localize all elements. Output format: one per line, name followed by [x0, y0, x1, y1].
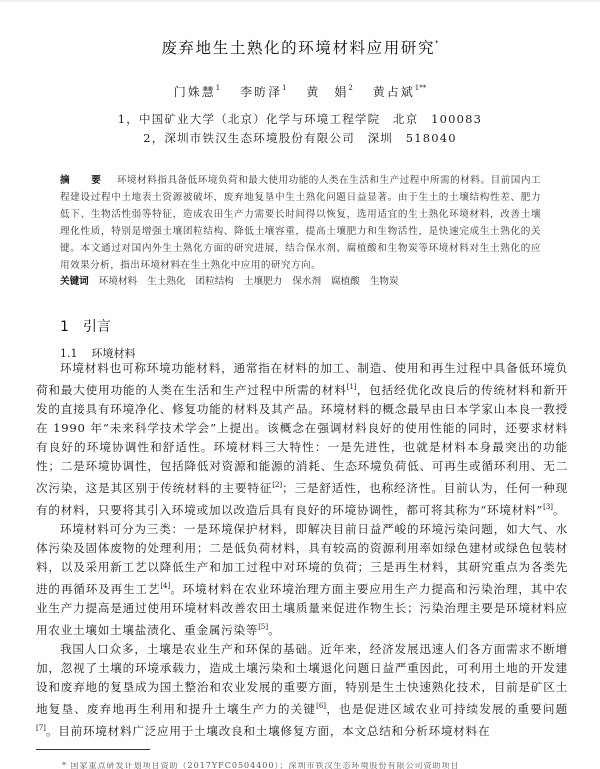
text-run: ，包括经优化改良后的传统材料和新开发的直接具有环境净化、修复功能的材料及其产品。… [36, 383, 568, 495]
text-run: ，也是促进区域农业可持续发展的重要问题 [326, 702, 568, 716]
author-affil-mark: 1** [415, 84, 426, 92]
keywords-label: 关键词 [60, 276, 89, 287]
abstract: 摘 要环境材料指具备低环境负荷和最大使用功能的人类在生活和生产过程中所需的材料。… [60, 172, 541, 274]
title-text: 废弃地生土熟化的环境材料应用研究 [161, 39, 435, 57]
keyword: 环境材料 [99, 276, 137, 287]
keyword: 土壤肥力 [244, 276, 282, 287]
citation[interactable]: [4] [160, 582, 170, 590]
body-text: 环境材料也可称环境功能材料，通常指在材料的加工、制造、使用和再生过程中具备低环境… [36, 359, 568, 741]
author-name: 黄 娟 [306, 85, 348, 99]
affiliation-1: 1，中国矿业大学（北京）化学与环境工程学院 北京 100083 [0, 111, 600, 127]
citation[interactable]: [6] [316, 702, 326, 710]
keywords: 关键词环境材料生土熟化团粒结构土壤肥力保水剂腐植酸生物炭 [60, 273, 541, 290]
author-name: 李昉泽 [240, 85, 282, 99]
author: 黄 娟2 [306, 85, 352, 99]
paper-title: 废弃地生土熟化的环境材料应用研究* [0, 36, 600, 58]
author: 门姝慧1 [174, 85, 220, 99]
text-run: 。目前环境材料广泛应用于土壤改良和土壤修复方面，本文总结和分析环境材料在 [46, 724, 490, 738]
author-affil-mark: 1 [282, 84, 286, 92]
author: 李昉泽1 [240, 85, 286, 99]
keyword: 生物炭 [370, 276, 399, 287]
author-list: 门姝慧1 李昉泽1 黄 娟2 黄占斌1** [0, 83, 600, 100]
page-top-edge [0, 0, 600, 2]
section-heading: 1引言 [60, 316, 111, 336]
abstract-text: 环境材料指具备低环境负荷和最大使用功能的人类在生活和生产过程中所需的材料。目前国… [60, 175, 541, 271]
author-affil-mark: 1 [216, 84, 220, 92]
citation[interactable]: [1] [347, 383, 357, 391]
text-run: 。 [553, 503, 565, 517]
abstract-label: 摘 要 [60, 175, 107, 186]
paragraph-2: 环境材料可分为三类：一是环境保护材料，即解决目前日益严峻的环境污染问题，如大气、… [36, 520, 568, 640]
author-name: 黄占斌 [373, 85, 415, 99]
text-run: 。 [268, 623, 280, 637]
affiliation-2: 2，深圳市铁汉生态环境股份有限公司 深圳 518040 [0, 130, 600, 146]
citation[interactable]: [7] [36, 724, 46, 732]
section-title: 引言 [83, 319, 111, 335]
keyword: 生土熟化 [147, 276, 185, 287]
keyword: 腐植酸 [331, 276, 360, 287]
citation[interactable]: [5] [258, 623, 268, 631]
keyword: 保水剂 [292, 276, 321, 287]
title-footnote-mark: * [435, 39, 439, 47]
citation[interactable]: [2] [272, 481, 282, 489]
footnote: * 国家重点研发计划项目资助（2017YFC0504400）；深圳市铁汉生态环境… [62, 762, 562, 769]
footnote-divider [36, 749, 150, 750]
author-affil-mark: 2 [348, 84, 352, 92]
citation[interactable]: [3] [543, 503, 553, 511]
author-name: 门姝慧 [174, 85, 216, 99]
author: 黄占斌1** [373, 85, 426, 99]
paragraph-1: 环境材料也可称环境功能材料，通常指在材料的加工、制造、使用和再生过程中具备低环境… [36, 359, 568, 520]
paragraph-3: 我国人口众多，土壤是农业生产和环保的基础。近年来，经济发展迅速人们各方面需求不断… [36, 640, 568, 741]
keyword: 团粒结构 [196, 276, 234, 287]
section-number: 1 [60, 319, 69, 335]
